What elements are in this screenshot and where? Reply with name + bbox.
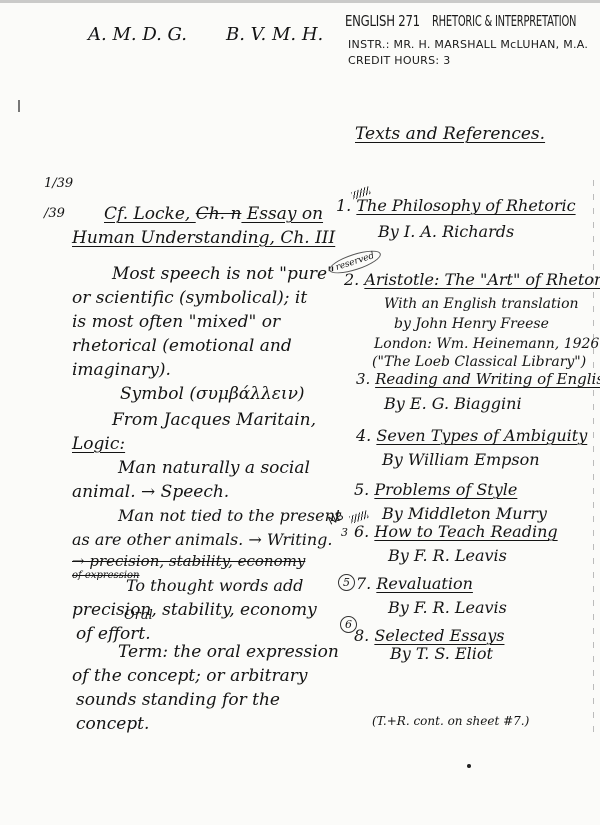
- note-line: Man naturally a social: [118, 458, 310, 478]
- reference-8-author: By T. S. Eliot: [390, 644, 493, 663]
- note-line: animal. → Speech.: [72, 482, 229, 502]
- reference-6-mark: 3: [341, 526, 348, 539]
- logic-title: Logic:: [72, 434, 125, 454]
- continuation-note: (T.+R. cont. on sheet #7.): [372, 714, 529, 728]
- references-heading: Texts and References.: [355, 124, 545, 144]
- scan-edge: [0, 0, 600, 3]
- date-1: 1/39: [44, 176, 73, 191]
- reference-3: 3. Reading and Writing of English: [356, 370, 600, 388]
- course-title: RHETORIC & INTERPRETATION: [432, 12, 576, 30]
- reference-7-author: By F. R. Leavis: [388, 598, 507, 617]
- note-line: of effort.: [76, 624, 151, 644]
- reference-2-detail: by John Henry Freese: [394, 316, 549, 332]
- note-line: To thought words add: [126, 576, 303, 595]
- note-line: sounds standing for the: [76, 690, 280, 710]
- initials-amdg: A. M. D. G.: [88, 24, 187, 45]
- ink-dot: [467, 764, 471, 768]
- note-line: concept.: [76, 714, 149, 734]
- instructor: INSTR.: MR. H. MARSHALL McLUHAN, M.A.: [348, 38, 588, 51]
- reference-5: 5. Problems of Style: [354, 480, 517, 499]
- note-line: rhetorical (emotional and: [72, 336, 292, 356]
- reference-2-detail: London: Wm. Heinemann, 1926: [374, 336, 599, 352]
- reference-7-mark: 5: [338, 574, 355, 591]
- note-line: Man not tied to the present: [118, 506, 341, 525]
- reference-2: 2. Aristotle: The "Art" of Rhetoric: [344, 270, 600, 289]
- reference-4-author: By William Empson: [382, 450, 540, 469]
- reference-7: 7. Revaluation: [356, 574, 473, 593]
- reference-6: 6. How to Teach Reading: [354, 522, 558, 541]
- locke-title: Human Understanding, Ch. III: [72, 228, 335, 248]
- note-line: imaginary).: [72, 360, 171, 380]
- reference-6-author: By F. R. Leavis: [388, 546, 507, 565]
- margin-mark: [18, 100, 20, 112]
- note-line: of the concept; or arbitrary: [72, 666, 307, 686]
- reference-4: 4. Seven Types of Ambiguity: [356, 426, 587, 445]
- reference-2-detail: With an English translation: [384, 296, 579, 312]
- scan-edge-right: [593, 180, 594, 740]
- struck-line: → precision, stability, economy: [72, 552, 305, 570]
- note-line: is most often "mixed" or: [72, 312, 280, 332]
- reference-1-author: By I. A. Richards: [378, 222, 514, 241]
- symbol-note: Symbol (συμβάλλειν): [120, 384, 305, 404]
- course-number: ENGLISH 271: [345, 12, 420, 30]
- note-line: precision, stability, economy: [72, 600, 317, 620]
- note-line: as are other animals. → Writing.: [72, 530, 332, 549]
- reference-3-author: By E. G. Biaggini: [384, 394, 522, 413]
- date-2: /39: [44, 206, 65, 221]
- insertion-oral: Oral: [124, 608, 153, 623]
- initials-bvmh: B. V. M. H.: [226, 24, 323, 45]
- credit-hours: CREDIT HOURS: 3: [348, 54, 451, 67]
- reference-2-detail: ("The Loeb Classical Library"): [372, 354, 586, 370]
- note-line: Most speech is not "pure": [112, 264, 335, 284]
- term-definition: Term: the oral expression: [118, 642, 339, 662]
- reference-5-author: By Middleton Murry: [382, 504, 547, 523]
- maritain-reference: From Jacques Maritain,: [112, 410, 316, 430]
- note-line: or scientific (symbolical); it: [72, 288, 307, 308]
- reference-8: 8. Selected Essays: [354, 626, 504, 645]
- reference-1: 1. The Philosophy of Rhetoric: [336, 196, 576, 215]
- locke-reference: Cf. Locke, Ch. n Essay on: [104, 204, 323, 224]
